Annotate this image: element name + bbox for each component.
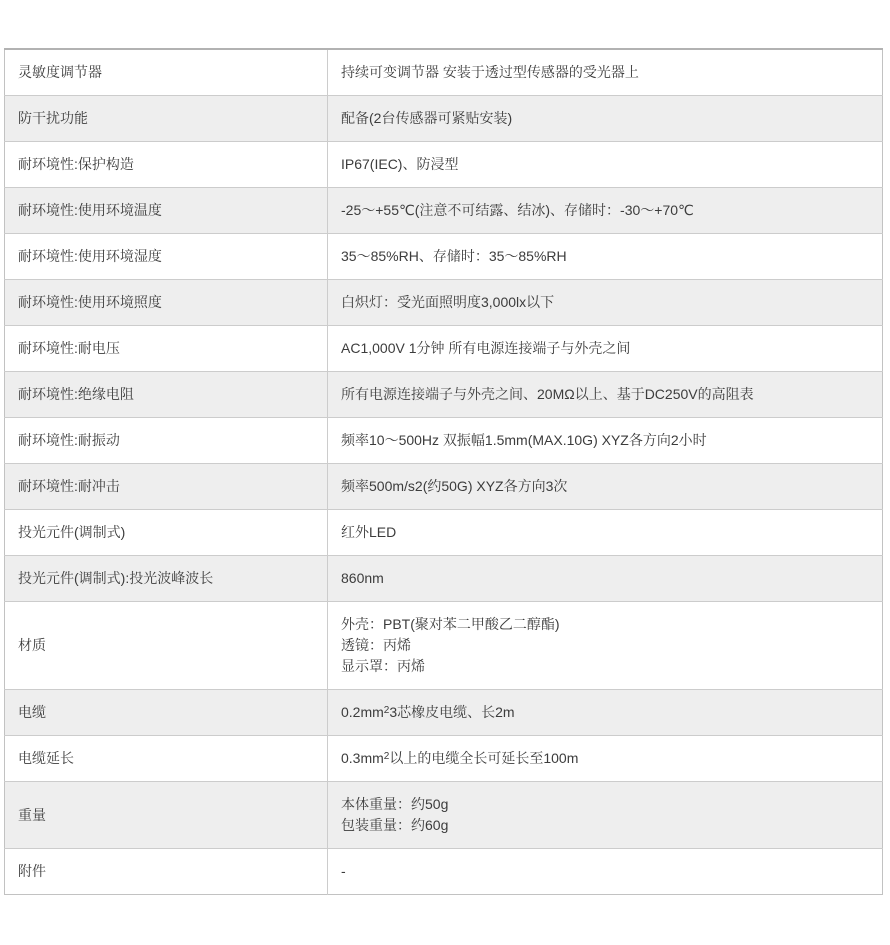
spec-table-body: 灵敏度调节器 持续可变调节器 安装于透过型传感器的受光器上 防干扰功能 配备(2…: [5, 49, 883, 895]
spec-label: 耐环境性:使用环境温度: [5, 188, 328, 234]
spec-table: 灵敏度调节器 持续可变调节器 安装于透过型传感器的受光器上 防干扰功能 配备(2…: [4, 48, 883, 895]
spec-value: 本体重量：约50g 包装重量：约60g: [328, 782, 883, 849]
spec-value-line: 显示罩：丙烯: [341, 656, 866, 677]
spec-value-line: 本体重量：约50g: [341, 794, 866, 815]
spec-value-line: 透镜：丙烯: [341, 635, 866, 656]
table-row-peak-wavelength: 投光元件(调制式):投光波峰波长 860nm: [5, 556, 883, 602]
spec-label: 附件: [5, 849, 328, 895]
spec-label: 耐环境性:绝缘电阻: [5, 372, 328, 418]
spec-value: 频率500m/s2(约50G) XYZ各方向3次: [328, 464, 883, 510]
table-row-vibration-resistance: 耐环境性:耐振动 频率10～500Hz 双振幅1.5mm(MAX.10G) XY…: [5, 418, 883, 464]
spec-value: 外壳：PBT(聚对苯二甲酸乙二醇酯) 透镜：丙烯 显示罩：丙烯: [328, 602, 883, 690]
spec-label: 耐环境性:耐振动: [5, 418, 328, 464]
spec-value: 白炽灯：受光面照明度3,000lx以下: [328, 280, 883, 326]
table-row-ambient-illuminance: 耐环境性:使用环境照度 白炽灯：受光面照明度3,000lx以下: [5, 280, 883, 326]
spec-value: 频率10～500Hz 双振幅1.5mm(MAX.10G) XYZ各方向2小时: [328, 418, 883, 464]
table-row-cable: 电缆 0.2mm23芯橡皮电缆、长2m: [5, 690, 883, 736]
table-row-weight: 重量 本体重量：约50g 包装重量：约60g: [5, 782, 883, 849]
spec-label: 材质: [5, 602, 328, 690]
spec-value-line: 外壳：PBT(聚对苯二甲酸乙二醇酯): [341, 614, 866, 635]
spec-value: 所有电源连接端子与外壳之间、20MΩ以上、基于DC250V的高阻表: [328, 372, 883, 418]
spec-label: 防干扰功能: [5, 96, 328, 142]
table-row-interference-prevention: 防干扰功能 配备(2台传感器可紧贴安装): [5, 96, 883, 142]
spec-label: 灵敏度调节器: [5, 49, 328, 96]
spec-label: 耐环境性:使用环境湿度: [5, 234, 328, 280]
spec-value: 860nm: [328, 556, 883, 602]
spec-value: 0.2mm23芯橡皮电缆、长2m: [328, 690, 883, 736]
spec-value: -25～+55℃(注意不可结露、结冰)、存储时：-30～+70℃: [328, 188, 883, 234]
spec-value: -: [328, 849, 883, 895]
table-row-cable-extension: 电缆延长 0.3mm2以上的电缆全长可延长至100m: [5, 736, 883, 782]
table-row-protection-structure: 耐环境性:保护构造 IP67(IEC)、防浸型: [5, 142, 883, 188]
spec-value: 红外LED: [328, 510, 883, 556]
spec-value: 0.3mm2以上的电缆全长可延长至100m: [328, 736, 883, 782]
table-row-ambient-humidity: 耐环境性:使用环境湿度 35～85%RH、存储时：35～85%RH: [5, 234, 883, 280]
spec-value: IP67(IEC)、防浸型: [328, 142, 883, 188]
spec-label: 电缆: [5, 690, 328, 736]
spec-label: 耐环境性:保护构造: [5, 142, 328, 188]
spec-value-text: 3芯橡皮电缆、长2m: [389, 704, 514, 720]
spec-value: 持续可变调节器 安装于透过型传感器的受光器上: [328, 49, 883, 96]
spec-value: 35～85%RH、存储时：35～85%RH: [328, 234, 883, 280]
spec-value-text: 以上的电缆全长可延长至100m: [389, 750, 578, 766]
spec-value-line: 包装重量：约60g: [341, 815, 866, 836]
spec-value-text: 0.3mm: [341, 750, 384, 766]
spec-label: 耐环境性:使用环境照度: [5, 280, 328, 326]
page: 灵敏度调节器 持续可变调节器 安装于透过型传感器的受光器上 防干扰功能 配备(2…: [0, 0, 890, 945]
spec-label: 耐环境性:耐冲击: [5, 464, 328, 510]
table-row-sensitivity-adjuster: 灵敏度调节器 持续可变调节器 安装于透过型传感器的受光器上: [5, 49, 883, 96]
spec-value: AC1,000V 1分钟 所有电源连接端子与外壳之间: [328, 326, 883, 372]
table-row-shock-resistance: 耐环境性:耐冲击 频率500m/s2(约50G) XYZ各方向3次: [5, 464, 883, 510]
spec-label: 投光元件(调制式):投光波峰波长: [5, 556, 328, 602]
table-row-accessories: 附件 -: [5, 849, 883, 895]
table-row-emitter-element: 投光元件(调制式) 红外LED: [5, 510, 883, 556]
table-row-material: 材质 外壳：PBT(聚对苯二甲酸乙二醇酯) 透镜：丙烯 显示罩：丙烯: [5, 602, 883, 690]
spec-value-text: 0.2mm: [341, 704, 384, 720]
spec-label: 重量: [5, 782, 328, 849]
table-row-ambient-temperature: 耐环境性:使用环境温度 -25～+55℃(注意不可结露、结冰)、存储时：-30～…: [5, 188, 883, 234]
spec-label: 投光元件(调制式): [5, 510, 328, 556]
table-row-insulation-resistance: 耐环境性:绝缘电阻 所有电源连接端子与外壳之间、20MΩ以上、基于DC250V的…: [5, 372, 883, 418]
spec-value: 配备(2台传感器可紧贴安装): [328, 96, 883, 142]
spec-label: 电缆延长: [5, 736, 328, 782]
table-row-withstand-voltage: 耐环境性:耐电压 AC1,000V 1分钟 所有电源连接端子与外壳之间: [5, 326, 883, 372]
spec-label: 耐环境性:耐电压: [5, 326, 328, 372]
